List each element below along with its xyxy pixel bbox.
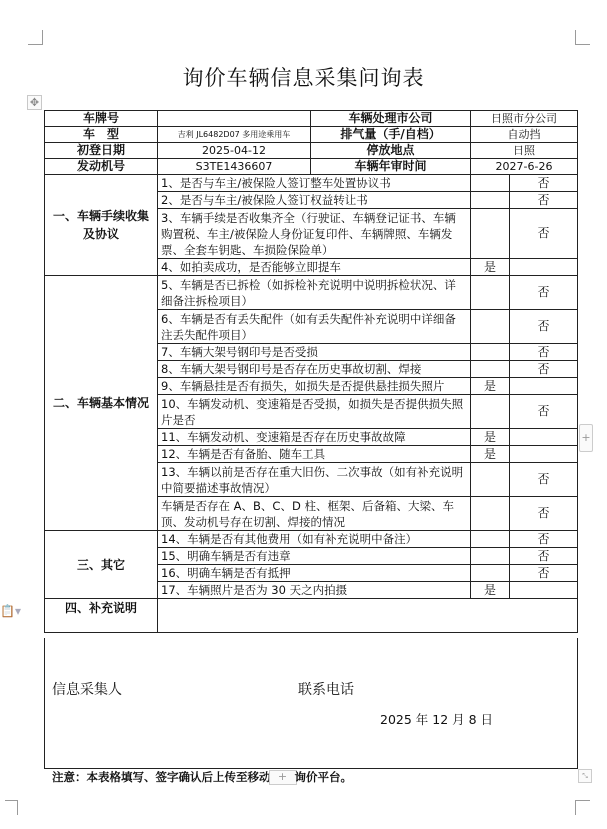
document-title: 询价车辆信息采集问询表: [0, 62, 607, 92]
question-item: 1、是否与车主/被保险人签订整车处置协议书: [158, 175, 471, 192]
paste-options-icon[interactable]: 📋▾: [0, 604, 21, 618]
answer-no[interactable]: 否: [510, 192, 578, 209]
answer-yes[interactable]: [471, 310, 510, 344]
question-item: 7、车辆大架号钢印号是否受损: [158, 344, 471, 361]
company-label: 车辆处理市公司: [311, 111, 471, 127]
answer-yes[interactable]: [471, 548, 510, 565]
company-value[interactable]: 日照市分公司: [471, 111, 578, 127]
answer-no[interactable]: 否: [510, 548, 578, 565]
question-item: 2、是否与车主/被保险人签订权益转让书: [158, 192, 471, 209]
answer-no[interactable]: [510, 582, 578, 599]
question-item: 15、明确车辆是否有违章: [158, 548, 471, 565]
crop-mark-top-left: [28, 30, 43, 45]
question-item: 11、车辆发动机、变速箱是否存在历史事故故障: [158, 429, 471, 446]
table-move-handle-icon[interactable]: ✥: [27, 95, 42, 110]
parking-label: 停放地点: [311, 143, 471, 159]
engine-label: 发动机号: [45, 159, 158, 175]
inquiry-form-table: 车牌号 车辆处理市公司 日照市分公司 车 型 吉利 JL6482D07 多用途乘…: [44, 110, 578, 633]
section-title-basic-info: 二、车辆基本情况: [45, 276, 158, 531]
section-title-procedures: 一、车辆手续收集及协议: [45, 175, 158, 276]
crop-mark-bottom-left: [5, 800, 18, 815]
answer-yes[interactable]: [471, 463, 510, 497]
answer-no[interactable]: 否: [510, 209, 578, 259]
answer-yes[interactable]: [471, 344, 510, 361]
answer-no[interactable]: 否: [510, 565, 578, 582]
answer-no[interactable]: 否: [510, 463, 578, 497]
inspection-label: 车辆年审时间: [311, 159, 471, 175]
question-item: 6、车辆是否有丢失配件（如有丢失配件补充说明中详细备注丢失配件项目）: [158, 310, 471, 344]
section-title-supplement: 四、补充说明: [45, 599, 158, 633]
plate-label: 车牌号: [45, 111, 158, 127]
answer-no[interactable]: 否: [510, 497, 578, 531]
answer-no[interactable]: [510, 429, 578, 446]
answer-yes[interactable]: 是: [471, 582, 510, 599]
answer-yes[interactable]: [471, 209, 510, 259]
answer-yes[interactable]: [471, 276, 510, 310]
question-item: 4、如拍卖成功，是否能够立即提车: [158, 259, 471, 276]
section-title-other: 三、其它: [45, 531, 158, 599]
collector-label: 信息采集人: [52, 679, 122, 699]
add-row-icon[interactable]: +: [269, 770, 297, 785]
answer-yes[interactable]: [471, 395, 510, 429]
footer-note-start: 注意：本表格填写、签字确认后上传至移动: [52, 770, 271, 784]
question-item: 16、明确车辆是否有抵押: [158, 565, 471, 582]
signature-date: 2025 年 12 月 8 日: [380, 710, 493, 728]
question-item: 车辆是否存在 A、B、C、D 柱、框架、后备箱、大梁、车顶、发动机号存在切割、焊…: [158, 497, 471, 531]
answer-no[interactable]: [510, 378, 578, 395]
table-resize-icon[interactable]: ⤡: [578, 769, 592, 783]
answer-yes[interactable]: [471, 175, 510, 192]
footer-note-end: 询价平台。: [295, 770, 353, 784]
answer-no[interactable]: 否: [510, 310, 578, 344]
footer-note: 注意：本表格填写、签字确认后上传至移动+询价平台。: [52, 769, 352, 785]
answer-yes[interactable]: 是: [471, 429, 510, 446]
question-item: 9、车辆悬挂是否有损失，如损失是否提供悬挂损失照片: [158, 378, 471, 395]
displacement-label: 排气量（手/自档）: [311, 127, 471, 143]
model-value[interactable]: 吉利 JL6482D07 多用途乘用车: [158, 127, 311, 143]
phone-label: 联系电话: [298, 679, 354, 699]
answer-no[interactable]: 否: [510, 531, 578, 548]
answer-yes[interactable]: [471, 565, 510, 582]
crop-mark-bottom-right: [575, 800, 590, 815]
answer-yes[interactable]: [471, 497, 510, 531]
answer-no[interactable]: [510, 259, 578, 276]
question-item: 5、车辆是否已拆检（如拆检补充说明中说明拆检状况、详细备注拆检项目）: [158, 276, 471, 310]
reg-date-value[interactable]: 2025-04-12: [158, 143, 311, 159]
question-item: 13、车辆以前是否存在重大旧伤、二次事故（如有补充说明中简要描述事故情况）: [158, 463, 471, 497]
add-column-icon[interactable]: +: [579, 424, 593, 452]
parking-value[interactable]: 日照: [471, 143, 578, 159]
question-item: 8、车辆大架号钢印号是否存在历史事故切割、焊接: [158, 361, 471, 378]
answer-yes[interactable]: 是: [471, 259, 510, 276]
question-item: 12、车辆是否有备胎、随车工具: [158, 446, 471, 463]
displacement-value[interactable]: 自动挡: [471, 127, 578, 143]
answer-yes[interactable]: [471, 531, 510, 548]
signature-area: [44, 638, 578, 769]
crop-mark-top-right: [575, 30, 590, 45]
model-label: 车 型: [45, 127, 158, 143]
engine-value[interactable]: S3TE1436607: [158, 159, 311, 175]
answer-no[interactable]: 否: [510, 344, 578, 361]
supplement-content[interactable]: [158, 599, 578, 633]
answer-yes[interactable]: [471, 192, 510, 209]
answer-no[interactable]: 否: [510, 276, 578, 310]
question-item: 17、车辆照片是否为 30 天之内拍摄: [158, 582, 471, 599]
answer-no[interactable]: 否: [510, 175, 578, 192]
reg-date-label: 初登日期: [45, 143, 158, 159]
answer-no[interactable]: 否: [510, 361, 578, 378]
answer-yes[interactable]: 是: [471, 378, 510, 395]
question-item: 14、车辆是否有其他费用（如有补充说明中备注）: [158, 531, 471, 548]
answer-no[interactable]: 否: [510, 395, 578, 429]
answer-no[interactable]: [510, 446, 578, 463]
plate-value[interactable]: [158, 111, 311, 127]
answer-yes[interactable]: 是: [471, 446, 510, 463]
answer-yes[interactable]: [471, 361, 510, 378]
inspection-value[interactable]: 2027-6-26: [471, 159, 578, 175]
question-item: 10、车辆发动机、变速箱是否受损，如损失是否提供损失照片是否: [158, 395, 471, 429]
question-item: 3、车辆手续是否收集齐全（行驶证、车辆登记证书、车辆购置税、车主/被保险人身份证…: [158, 209, 471, 259]
